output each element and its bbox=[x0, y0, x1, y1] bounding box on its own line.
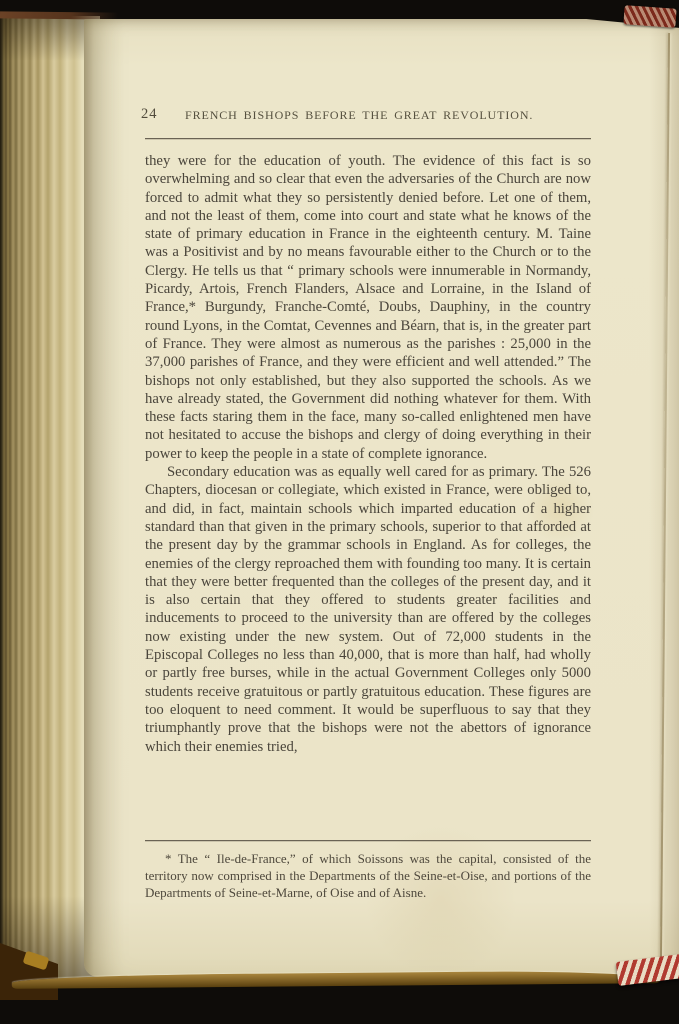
header-rule bbox=[145, 138, 591, 139]
headband-top bbox=[623, 5, 676, 28]
footnote-rule bbox=[145, 840, 591, 841]
running-title: FRENCH BISHOPS BEFORE THE GREAT REVOLUTI… bbox=[185, 108, 533, 123]
running-header: 24 FRENCH BISHOPS BEFORE THE GREAT REVOL… bbox=[145, 106, 591, 123]
page-crease bbox=[660, 33, 670, 963]
book-page: 24 FRENCH BISHOPS BEFORE THE GREAT REVOL… bbox=[84, 19, 679, 977]
body-text: they were for the education of youth. Th… bbox=[145, 152, 591, 830]
body-paragraph-2: Secondary education was as equally well … bbox=[145, 463, 591, 756]
body-paragraph-1: they were for the education of youth. Th… bbox=[145, 152, 591, 463]
footnote: * The “ Ile-de-France,” of which Soisson… bbox=[145, 850, 591, 901]
page-number: 24 bbox=[141, 106, 158, 123]
page-content: 24 FRENCH BISHOPS BEFORE THE GREAT REVOL… bbox=[145, 106, 591, 901]
book-scan: 24 FRENCH BISHOPS BEFORE THE GREAT REVOL… bbox=[0, 0, 679, 1024]
